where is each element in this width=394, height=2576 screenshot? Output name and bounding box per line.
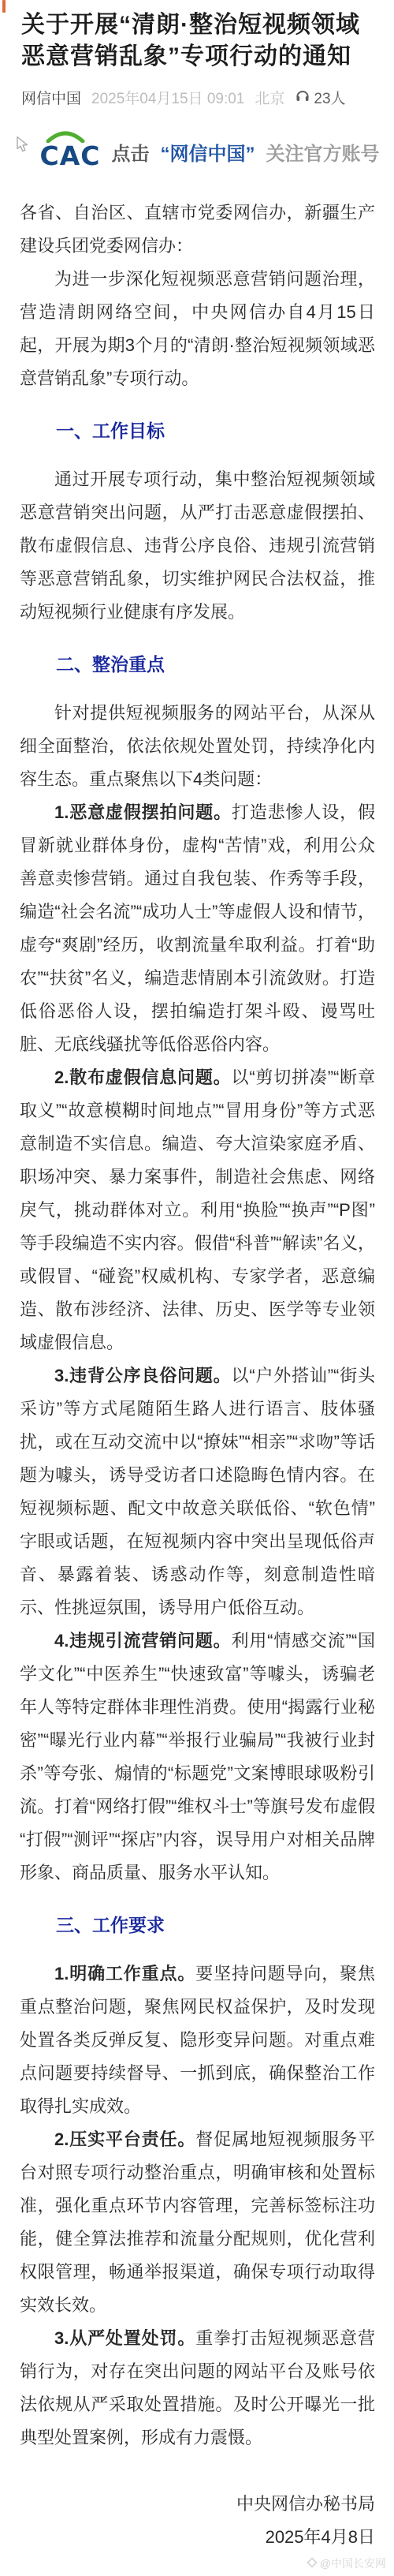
focus-item-1-lead: 1.恶意虚假摆拍问题。: [54, 802, 232, 822]
signature-date: 2025年4月8日: [20, 2521, 375, 2554]
focus-item-1-text: 打造悲惨人设，假冒新就业群体身份，虚构“苦情”戏，利用公众善意卖惨营销。通过自我…: [20, 802, 375, 1054]
green-arc-icon: [45, 131, 86, 147]
watermark-text: @中国长安网: [320, 2555, 386, 2571]
listen-count[interactable]: 23人: [295, 87, 345, 108]
requirement-item-1-text: 要坚持问题导向，聚焦重点整治问题，聚焦网民权益保护，及时发现处置各类反弹反复、隐…: [20, 1964, 375, 2116]
focus-item-4: 4.违规引流营销问题。利用“情感交流”“国学文化”“中医养生”“快速致富”等噱头…: [20, 1624, 375, 1890]
article-page: 关于开展“清朗·整治短视频领域恶意营销乱象”专项行动的通知 网信中国 2025年…: [0, 0, 394, 2576]
orange-marker: [2, 0, 6, 13]
changanwang-logo-icon: [307, 2557, 318, 2570]
focus-item-4-lead: 4.违规引流营销问题。: [54, 1631, 232, 1651]
requirement-item-1: 1.明确工作重点。要坚持问题导向，聚焦重点整治问题，聚焦网民权益保护，及时发现处…: [20, 1957, 375, 2123]
requirement-item-2-text: 督促属地短视频服务平台对照专项行动整治重点，明确审核和处置标准，强化重点环节内容…: [20, 2129, 375, 2315]
banner-account-name: “网信中国”: [160, 138, 255, 166]
listen-count-label: 23人: [314, 87, 345, 108]
article-body: 各省、自治区、直辖市党委网信办，新疆生产建设兵团党委网信办： 为进一步深化短视频…: [0, 196, 394, 2554]
watermark: @中国长安网: [0, 2554, 394, 2576]
requirement-item-2: 2.压实平台责任。督促属地短视频服务平台对照专项行动整治重点，明确审核和处置标准…: [20, 2123, 375, 2322]
source-name[interactable]: 网信中国: [21, 87, 81, 108]
focus-item-2-text: 以“剪切拼凑”“断章取义”“故意模糊时间地点”“冒用身份”等方式恶意制造不实信息…: [20, 1067, 375, 1352]
follow-banner[interactable]: CAC 点击 “网信中国” 关注官方账号: [0, 129, 394, 174]
focus-item-3-lead: 3.违背公序良俗问题。: [54, 1366, 232, 1385]
headphones-icon: [295, 88, 310, 108]
section-heading-3: 三、工作要求: [20, 1909, 375, 1942]
section-heading-2: 二、整治重点: [20, 648, 375, 681]
focus-item-2-lead: 2.散布虚假信息问题。: [54, 1067, 232, 1087]
signature-name: 中央网信办秘书局: [20, 2488, 375, 2521]
article-title: 关于开展“清朗·整治短视频领域恶意营销乱象”专项行动的通知: [21, 9, 374, 73]
publish-datetime: 2025年04月15日 09:01: [91, 87, 244, 108]
banner-follow-label: 关注官方账号: [266, 138, 379, 166]
intro-paragraph: 为进一步深化短视频恶意营销问题治理，营造清朗网络空间，中央网信办自4月15日起，…: [20, 263, 375, 395]
article-meta: 网信中国 2025年04月15日 09:01 北京 23人: [21, 87, 374, 108]
banner-click-label: 点击: [111, 138, 149, 166]
requirement-item-3-lead: 3.从严处置处罚。: [54, 2328, 195, 2348]
goal-paragraph: 通过开展专项行动，集中整治短视频领域恶意营销突出问题，从严打击恶意虚假摆拍、散布…: [20, 463, 375, 629]
mouse-cursor-icon: [15, 136, 29, 157]
focus-intro-paragraph: 针对提供短视频服务的网站平台，从深从细全面整治，依法依规处置处罚，持续净化内容生…: [20, 697, 375, 796]
focus-item-4-text: 利用“情感交流”“国学文化”“中医养生”“快速致富”等噱头，诱骗老年人等特定群体…: [20, 1631, 375, 1882]
requirement-item-2-lead: 2.压实平台责任。: [54, 2129, 195, 2149]
cac-logo: CAC: [40, 133, 101, 171]
section-heading-1: 一、工作目标: [20, 414, 375, 447]
requirement-item-3: 3.从严处置处罚。重拳打击短视频恶意营销行为，对存在突出问题的网站平台及账号依法…: [20, 2322, 375, 2454]
focus-item-3: 3.违背公序良俗问题。以“户外搭讪”“街头采访”等方式尾随陌生路人进行语言、肢体…: [20, 1359, 375, 1624]
salutation-paragraph: 各省、自治区、直辖市党委网信办，新疆生产建设兵团党委网信办：: [20, 196, 375, 263]
focus-item-1: 1.恶意虚假摆拍问题。打造悲惨人设，假冒新就业群体身份，虚构“苦情”戏，利用公众…: [20, 796, 375, 1061]
requirement-item-1-lead: 1.明确工作重点。: [54, 1964, 195, 1983]
focus-item-2: 2.散布虚假信息问题。以“剪切拼凑”“断章取义”“故意模糊时间地点”“冒用身份”…: [20, 1061, 375, 1359]
publish-location: 北京: [255, 87, 284, 108]
focus-item-3-text: 以“户外搭讪”“街头采访”等方式尾随陌生路人进行语言、肢体骚扰，或在互动交流中以…: [20, 1366, 375, 1617]
